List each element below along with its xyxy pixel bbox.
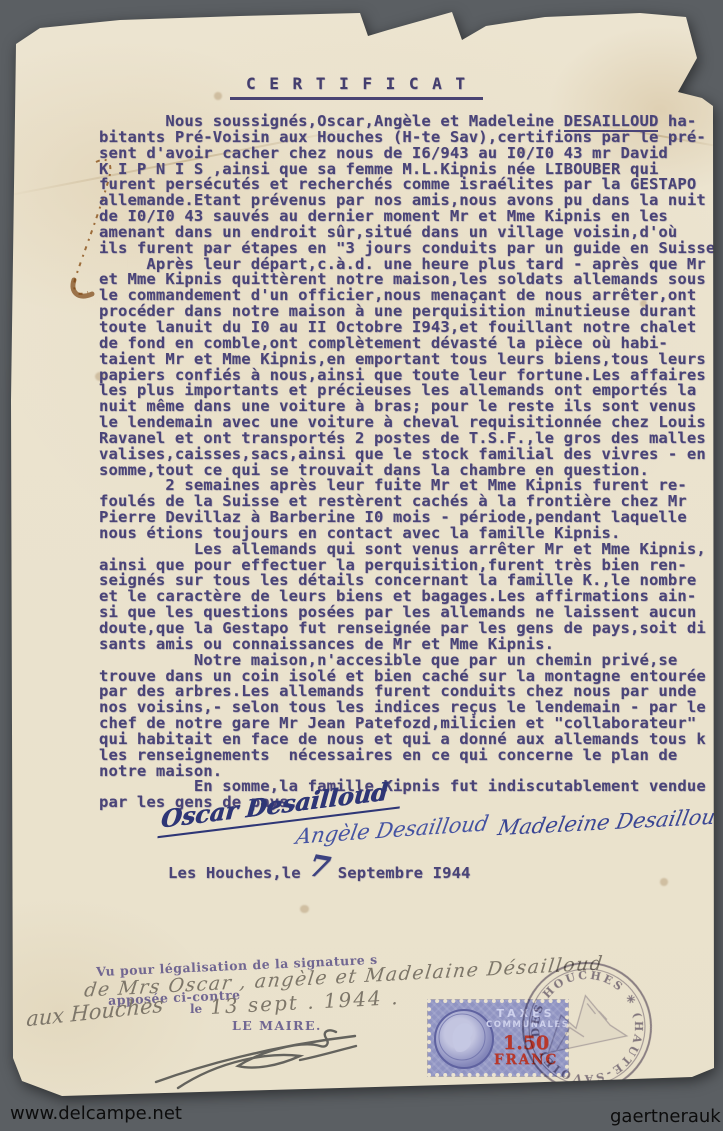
dateline-place: Les Houches,le bbox=[168, 864, 301, 882]
stamp-marianne-medallion bbox=[434, 1009, 494, 1069]
body-paragraph: ha- bitants Pré-Voisin aux Houches (H-te… bbox=[99, 112, 715, 257]
certificate-body: Nous soussignés,Oscar,Angèle et Madelein… bbox=[99, 114, 723, 811]
mairie-round-stamp: DES HOUCHES ✳ (HAUTE-SAVOIE) ✳ MAIRIE bbox=[498, 938, 676, 1116]
body-paragraph: Notre maison,n'accesible que par un chem… bbox=[99, 651, 706, 780]
document-title-row: C E R T I F I C A T bbox=[0, 74, 713, 100]
dateline-handwritten-day: 7 bbox=[307, 856, 331, 879]
dateline-month-year: Septembre I944 bbox=[338, 864, 471, 882]
dateline: Les Houches,le 7 Septembre I944 bbox=[168, 864, 471, 882]
paper-stain bbox=[660, 878, 668, 886]
body-paragraph: 2 semaines après leur fuite Mr et Mme Ki… bbox=[99, 476, 687, 542]
document-paper: C E R T I F I C A T Nous soussignés,Osca… bbox=[0, 0, 723, 1131]
document-paper-wrap: C E R T I F I C A T Nous soussignés,Osca… bbox=[0, 0, 723, 1131]
page-title: C E R T I F I C A T bbox=[230, 74, 483, 100]
legalization-stamp-le: le bbox=[190, 1002, 202, 1016]
watermark-gaertnerauk: gaertnerauk bbox=[610, 1106, 721, 1127]
paper-stain bbox=[300, 905, 309, 913]
body-paragraph: Après leur départ,c.à.d. une heure plus … bbox=[99, 255, 706, 479]
watermark-delcampe: www.delcampe.net bbox=[10, 1103, 182, 1124]
photo-background: C E R T I F I C A T Nous soussignés,Osca… bbox=[0, 0, 723, 1131]
body-paragraph: Les allemands qui sont venus arrêter Mr … bbox=[99, 540, 706, 653]
mayor-signature bbox=[150, 1026, 380, 1096]
marianne-profile-icon bbox=[436, 1011, 488, 1063]
